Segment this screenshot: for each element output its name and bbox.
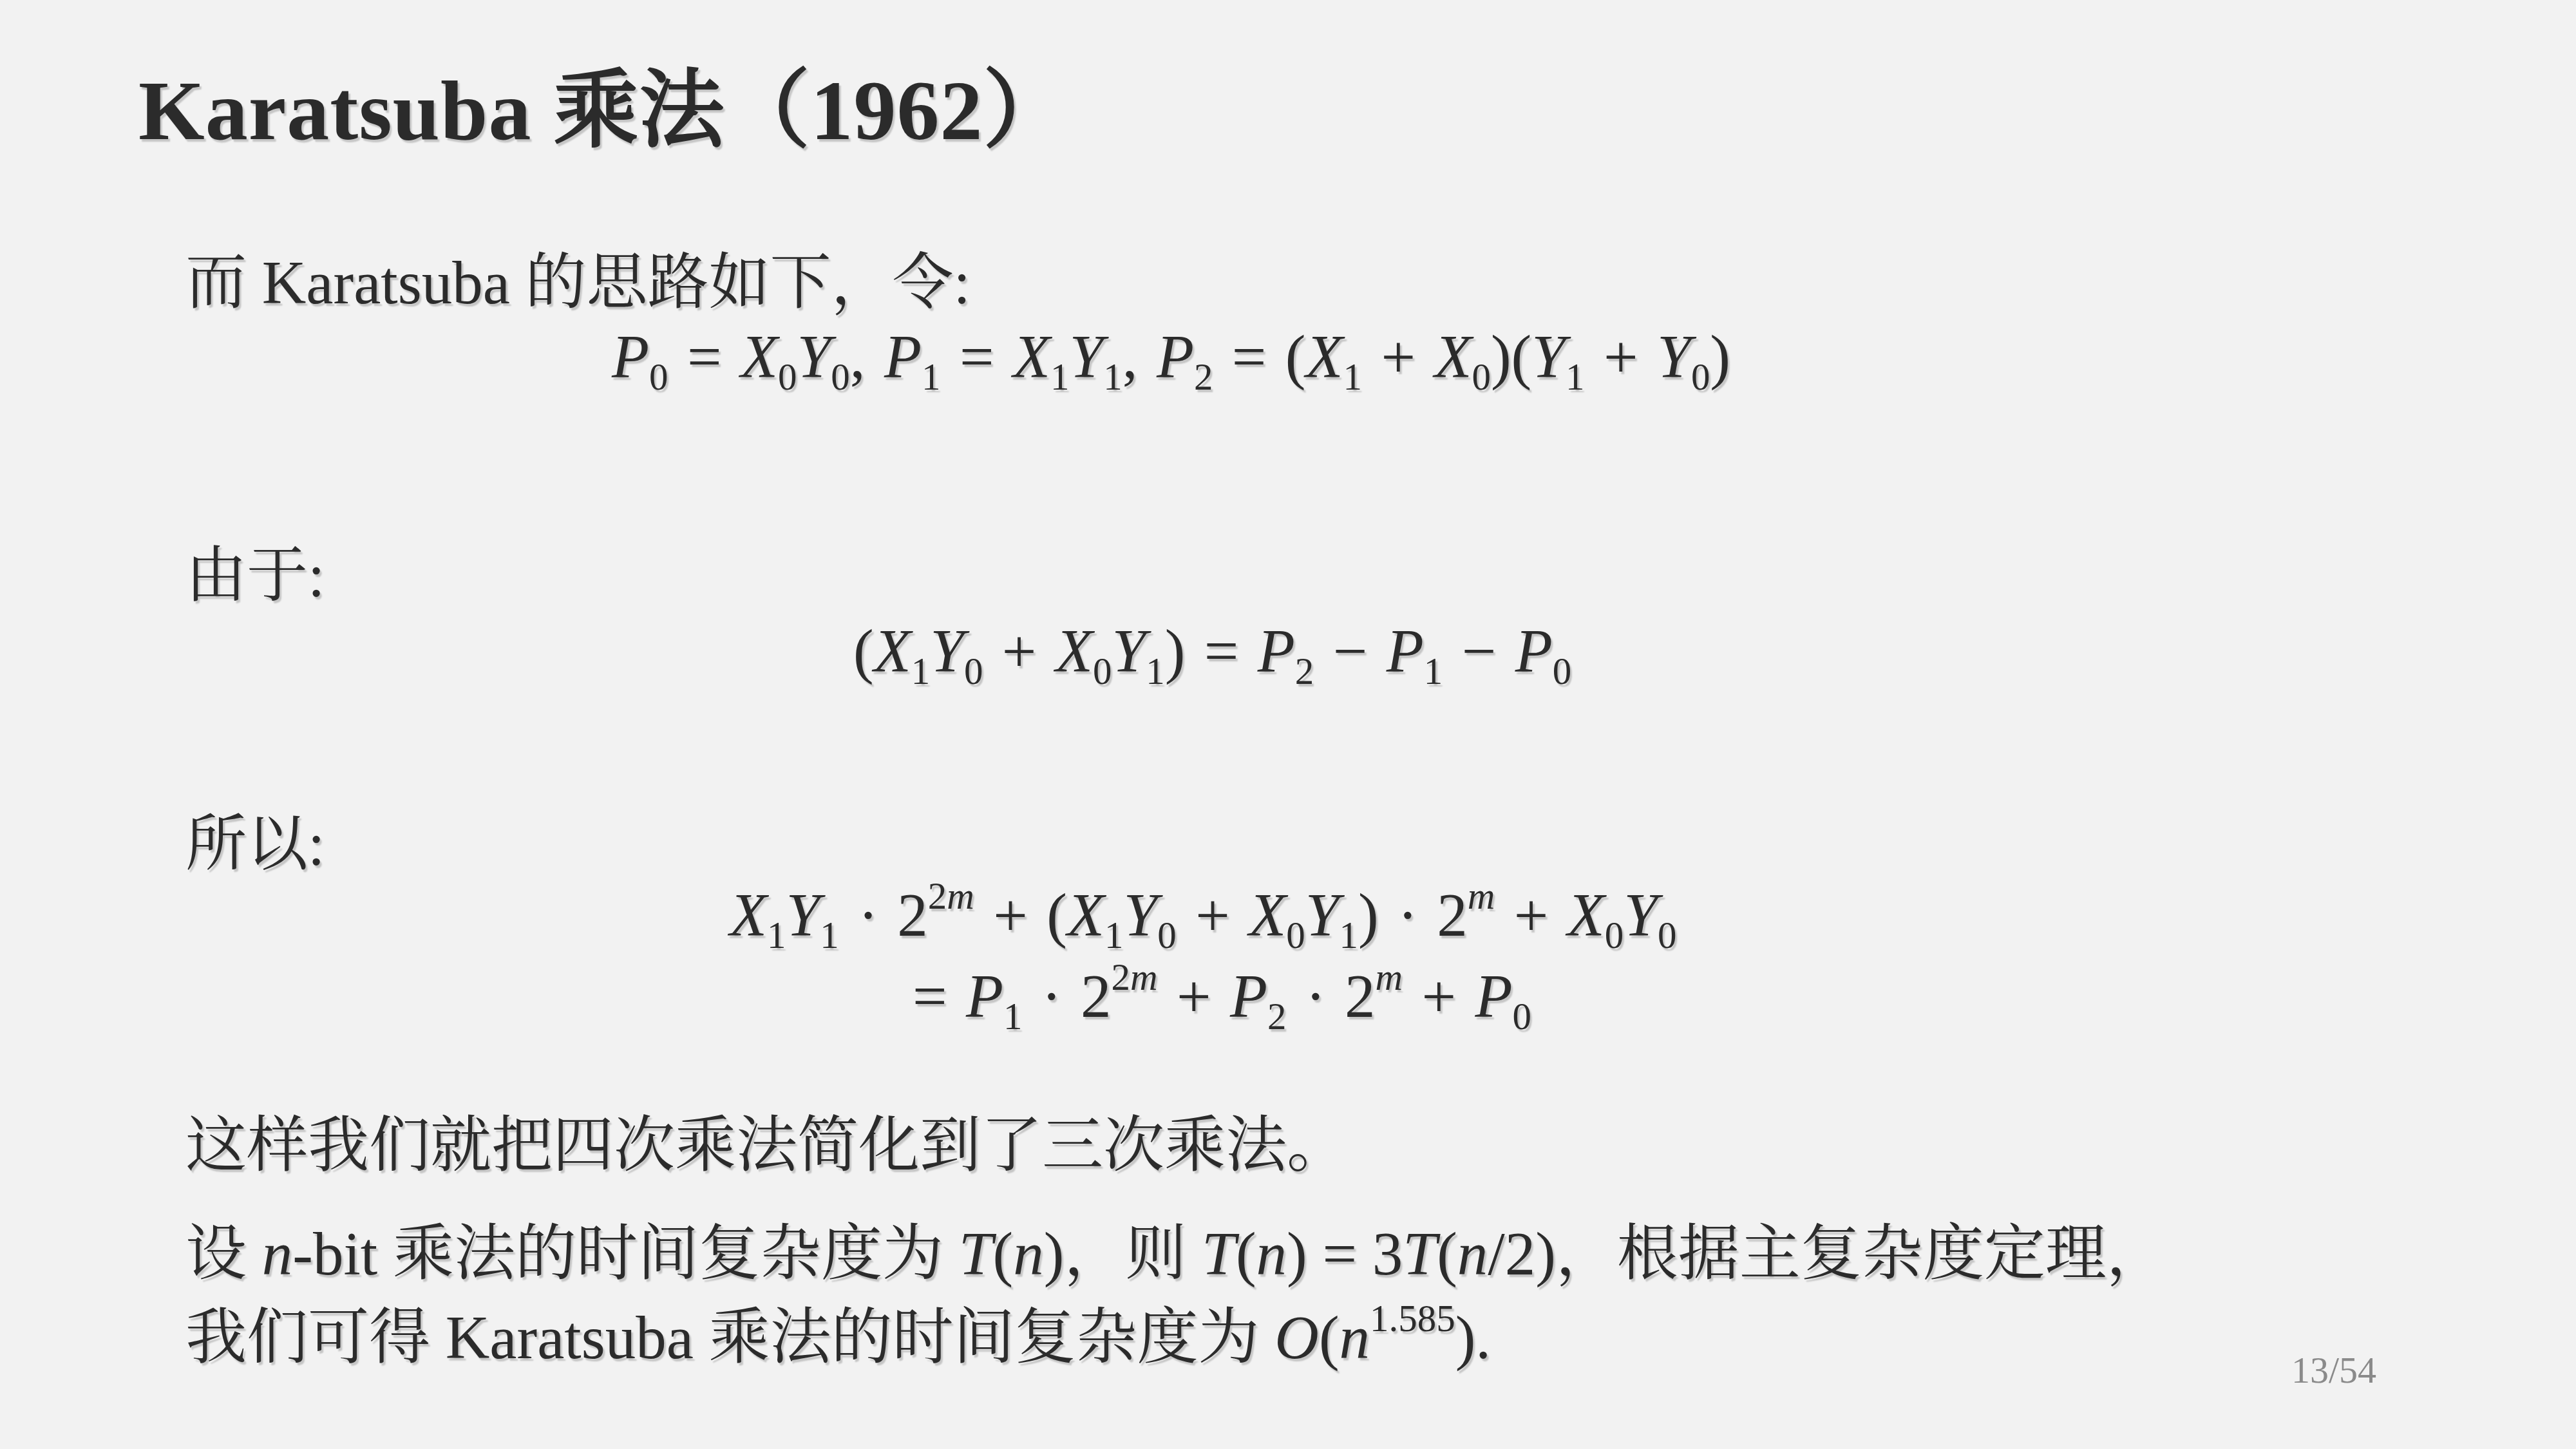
slide-title: Karatsuba 乘法（1962）: [138, 66, 1068, 156]
identity-equation: (X1Y0 + X0Y1) = P2 − P1 − P0: [853, 620, 1571, 684]
because-label: 由于:: [185, 544, 325, 609]
complexity-text-line2: 我们可得 Karatsuba 乘法的时间复杂度为 O(n1.585).: [185, 1306, 1491, 1370]
expansion-equation-line1: X1Y1 · 22m + (X1Y0 + X0Y1) · 2m + X0Y0: [730, 884, 1676, 948]
slide: Karatsuba 乘法（1962） 而 Karatsuba 的思路如下，令: …: [0, 0, 2576, 1449]
definitions-equation: P0 = X0Y0, P1 = X1Y1, P2 = (X1 + X0)(Y1 …: [612, 325, 1730, 390]
expansion-equation-line2: = P1 · 22m + P2 · 2m + P0: [913, 965, 1531, 1029]
therefore-label: 所以:: [185, 813, 325, 877]
intro-text: 而 Karatsuba 的思路如下，令:: [185, 251, 971, 316]
page-number: 13/54: [2291, 1351, 2376, 1390]
complexity-text-line1: 设 n-bit 乘法的时间复杂度为 T(n)，则 T(n) = 3T(n/2)，…: [185, 1222, 2168, 1287]
conclusion-text: 这样我们就把四次乘法简化到了三次乘法。: [185, 1114, 1348, 1179]
